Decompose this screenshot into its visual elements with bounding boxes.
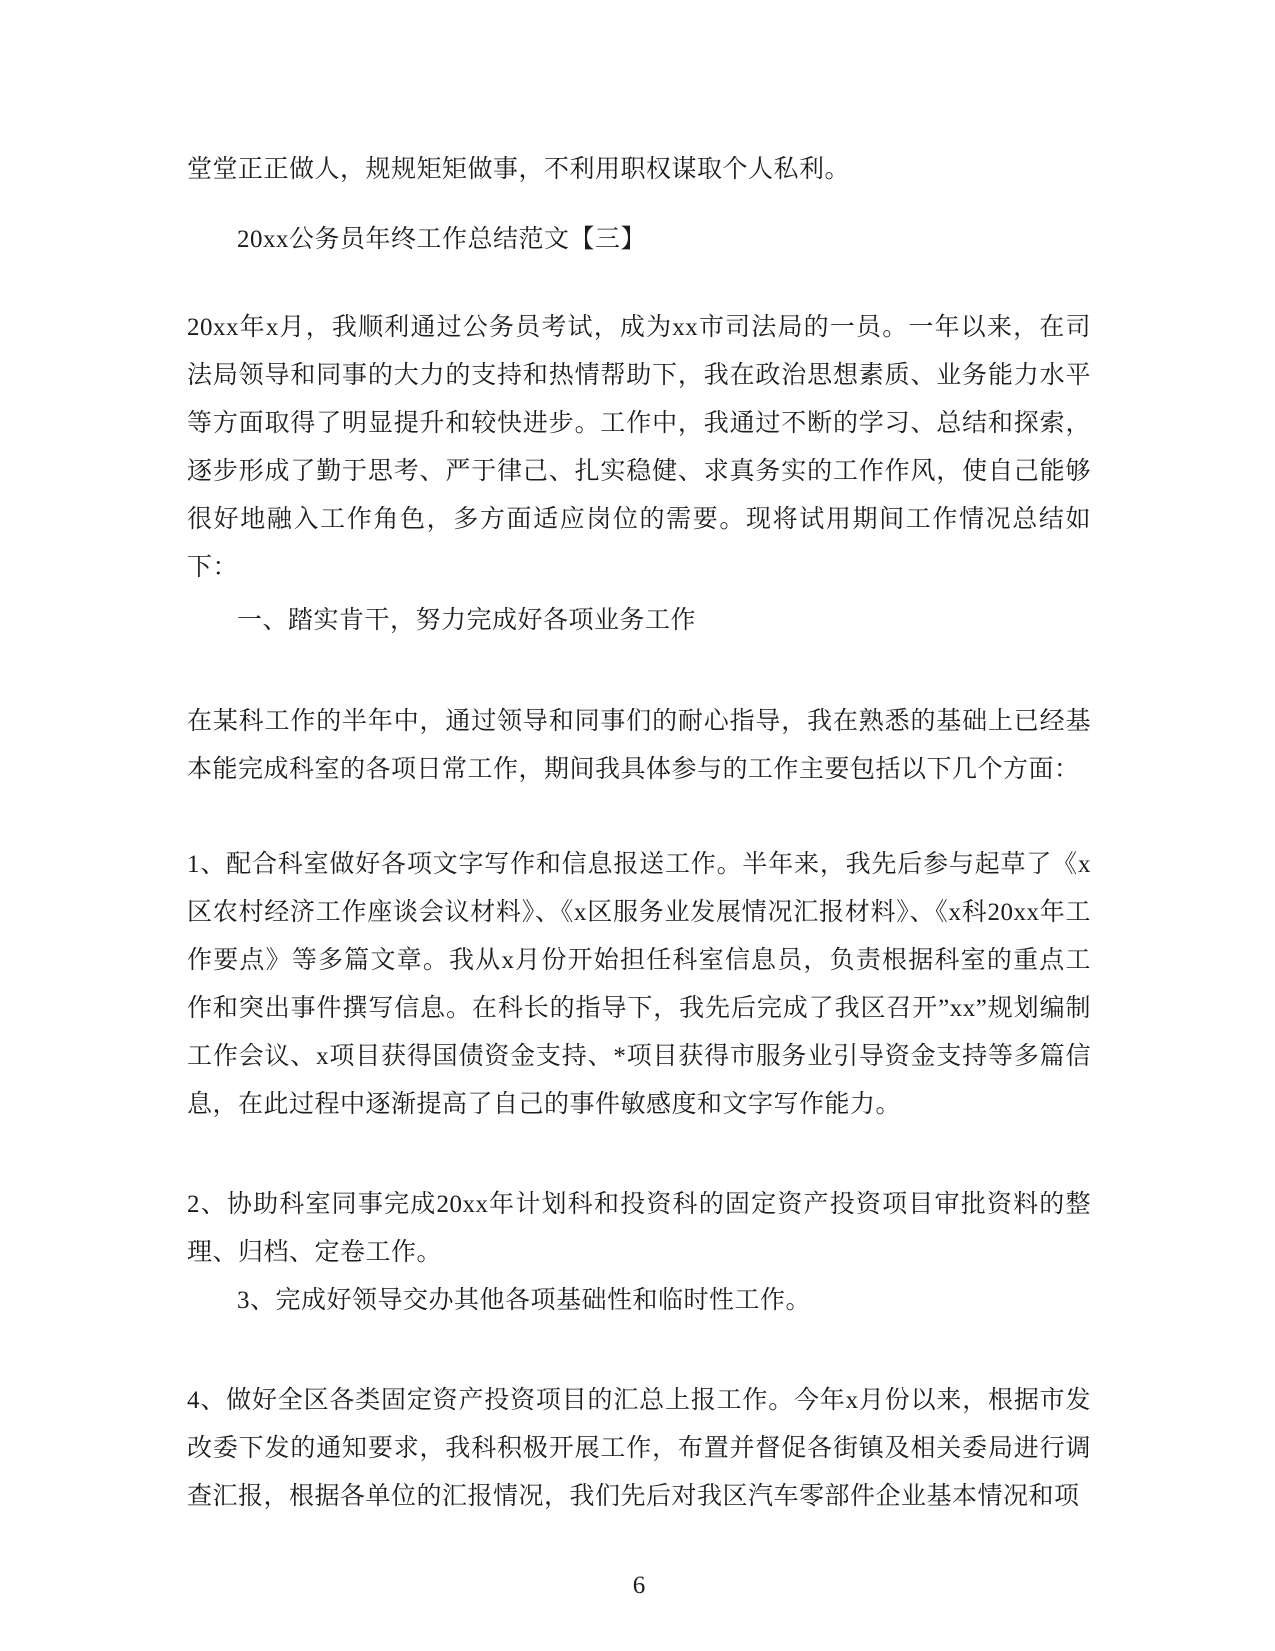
document-body: 堂堂正正做人，规规矩矩做事，不利用职权谋取个人私利。 20xx公务员年终工作总结… — [187, 146, 1091, 1610]
list-item-1: 1、配合科室做好各项文字写作和信息报送工作。半年来，我先后参与起草了《x区农村经… — [187, 841, 1091, 1129]
section-heading-1: 一、踏实肯干，努力完成好各项业务工作 — [187, 597, 1091, 645]
list-item-3: 3、完成好领导交办其他各项基础性和临时性工作。 — [187, 1277, 1091, 1325]
list-item-4: 4、做好全区各类固定资产投资项目的汇总上报工作。今年x月份以来，根据市发改委下发… — [187, 1377, 1091, 1521]
essay-title: 20xx公务员年终工作总结范文【三】 — [187, 216, 1091, 264]
paragraph-intro: 20xx年x月，我顺利通过公务员考试，成为xx市司法局的一员。一年以来，在司法局… — [187, 304, 1091, 592]
paragraph-conduct: 堂堂正正做人，规规矩矩做事，不利用职权谋取个人私利。 — [187, 146, 1091, 194]
paragraph-overview: 在某科工作的半年中，通过领导和同事们的耐心指导，我在熟悉的基础上已经基本能完成科… — [187, 698, 1091, 794]
document-page: 堂堂正正做人，规规矩矩做事，不利用职权谋取个人私利。 20xx公务员年终工作总结… — [0, 0, 1275, 1651]
page-number: 6 — [187, 1562, 1091, 1610]
list-item-2: 2、协助科室同事完成20xx年计划科和投资科的固定资产投资项目审批资料的整理、归… — [187, 1181, 1091, 1277]
